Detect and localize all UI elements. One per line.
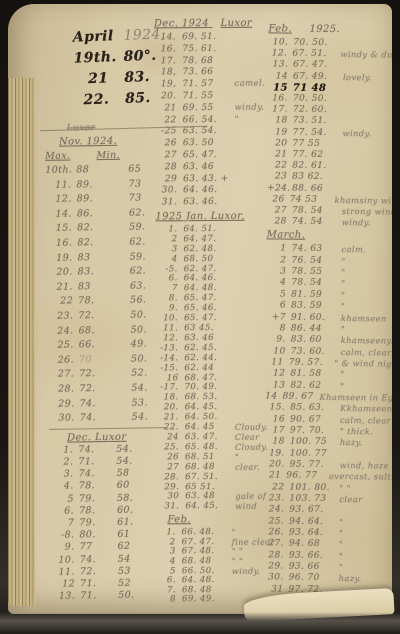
- weather-note: clear.: [229, 462, 260, 472]
- log-value: 6: [266, 301, 291, 313]
- log-value: 70: [79, 353, 109, 368]
- log-value: 79. 57.: [289, 357, 329, 369]
- dec-1924-month: Dec. 1924: [154, 18, 209, 29]
- weather-note: clear: [333, 494, 362, 506]
- log-value: 100. 77: [290, 448, 334, 460]
- log-value: 2: [155, 235, 183, 245]
- weather-note: khamsiny wind: [329, 195, 392, 207]
- log-value: 59.: [107, 221, 146, 236]
- log-value: 71.: [80, 590, 108, 603]
- log-value: 27: [267, 205, 292, 216]
- weather-note: lovely.: [337, 72, 372, 84]
- log-value: 76. 54: [291, 255, 335, 267]
- notebook-photo: April 1924, 19th.80°.2183.22.85. Luxor N…: [0, 0, 400, 634]
- log-value: 26: [267, 194, 290, 205]
- log-value: 12: [265, 369, 290, 381]
- weather-note: ": [333, 528, 343, 539]
- weather-note: ": [335, 278, 345, 289]
- log-value: 54.: [106, 443, 132, 456]
- log-value: 64. 46.: [183, 185, 229, 197]
- log-value: 96. 70: [289, 573, 333, 585]
- log-value: 93. 67.: [289, 505, 333, 517]
- log-value: 86.: [77, 207, 107, 222]
- log-value: 64. 45.: [185, 502, 229, 512]
- feb-1925-year: 1925.: [295, 24, 340, 35]
- dec-divider: Dec. Luxor: [49, 427, 167, 445]
- log-value: 66. 54.: [183, 114, 229, 126]
- log-value: 82.: [77, 236, 107, 251]
- log-value: 8: [266, 323, 291, 335]
- log-value: 100. 75: [290, 437, 334, 449]
- log-value: 62: [108, 541, 131, 554]
- log-value: 9.: [266, 335, 291, 347]
- log-value: 27.: [48, 368, 79, 383]
- log-value: 89.: [76, 178, 106, 193]
- log-value: 74. 63: [291, 244, 335, 256]
- weather-note: hazy.: [333, 573, 362, 585]
- weather-note: ": [333, 551, 343, 562]
- log-value: 83.: [108, 67, 150, 89]
- log-row: 16.75. 61.: [154, 43, 274, 56]
- log-row: 19th.80°.: [73, 45, 166, 69]
- jan-1925-header: 1925 Jan. Luxor.: [155, 209, 275, 226]
- log-value: 95. 77.: [290, 460, 334, 472]
- log-value: 72.: [79, 367, 109, 382]
- log-value: 66.: [79, 338, 109, 353]
- log-value: 27.: [264, 539, 289, 551]
- log-value: -8.: [50, 530, 79, 543]
- log-value: 60.: [107, 504, 133, 517]
- dec-jan-feb-log: Dec. 1924 Luxor 14.69. 51.16.75. 61.17.7…: [154, 16, 278, 606]
- log-value: 74.: [78, 468, 106, 481]
- log-row: 19,71. 57camel.: [154, 79, 274, 92]
- log-value: 19.: [46, 251, 77, 266]
- log-value: 68.: [78, 324, 108, 339]
- log-value: 13.: [268, 60, 293, 71]
- log-value: 8: [158, 596, 182, 606]
- log-value: 5: [50, 493, 79, 506]
- log-value: 85. 63.: [290, 403, 334, 415]
- log-value: 61.: [107, 517, 133, 530]
- log-value: 4: [266, 278, 291, 290]
- log-value: 77. 62: [292, 150, 336, 162]
- log-value: 54.: [106, 456, 132, 469]
- log-row: 20.83.62.: [47, 264, 165, 280]
- log-value: 28.: [48, 382, 79, 397]
- log-row: 24.68.50.: [47, 323, 165, 339]
- weather-note: Khamseen in Egypt.: [313, 392, 392, 404]
- log-value: 18,: [154, 68, 182, 80]
- log-value: 93. 66: [289, 562, 333, 574]
- log-value: 62.: [107, 206, 146, 221]
- log-value: 71.: [78, 456, 106, 469]
- log-value: 97. 70.: [290, 426, 334, 438]
- log-value: 23.: [47, 309, 78, 324]
- log-row: 12.89.73: [46, 191, 164, 207]
- log-value: 50.: [108, 323, 147, 338]
- log-value: 89.: [77, 192, 107, 207]
- feb-1925-header: Feb. 1925.: [268, 21, 392, 38]
- log-value: 85.: [109, 88, 151, 110]
- log-value: 73. 60.: [291, 346, 335, 358]
- weather-note: ": [334, 381, 344, 392]
- weather-note: wind, haze: [334, 460, 389, 472]
- log-value: 14.: [154, 32, 182, 44]
- log-value: 63. 43. +: [183, 173, 229, 185]
- log-value: 13.: [51, 591, 80, 604]
- maxmin-header: Max. Min.: [45, 147, 163, 164]
- log-value: 24.: [47, 324, 78, 339]
- log-value: 72.: [79, 382, 109, 397]
- log-value: 53: [108, 565, 131, 578]
- log-value: 63. 50: [183, 138, 229, 150]
- jan-1925-rows: 1.64. 51.264. 47.362. 48.468. 50-5.62. 4…: [155, 225, 277, 513]
- log-value: 77. 54.: [292, 127, 336, 139]
- log-value: 19th.: [73, 47, 108, 69]
- log-value: 70. 50.: [293, 94, 337, 106]
- log-value: 65: [106, 163, 141, 178]
- log-value: 13: [265, 380, 290, 392]
- log-value: 50.: [108, 308, 147, 323]
- log-value: 28: [155, 162, 183, 174]
- log-value: 71.: [80, 578, 108, 591]
- log-value: 22: [47, 295, 78, 310]
- log-value: 12: [51, 578, 80, 591]
- log-value: 16.: [268, 93, 293, 104]
- log-value: 18: [268, 116, 293, 127]
- log-value: 1.: [155, 225, 183, 235]
- log-value: 63. 46: [183, 162, 229, 174]
- log-value: 10: [266, 346, 291, 358]
- log-value: 75. 61.: [182, 44, 228, 56]
- weather-note: windy.: [226, 566, 261, 576]
- log-value: 72. 60.: [293, 105, 337, 117]
- log-value: 52: [108, 578, 131, 591]
- log-value: 88. 66: [292, 183, 336, 195]
- log-value: 20.: [47, 266, 78, 281]
- log-value: 28: [267, 217, 292, 228]
- log-value: 17.: [154, 56, 182, 68]
- log-value: 21.: [47, 280, 78, 295]
- log-value: 72.: [80, 566, 108, 579]
- log-row: 2278.56.: [47, 294, 165, 310]
- dec-1924-header: Dec. 1924 Luxor: [154, 16, 274, 33]
- log-value: 83. 60: [291, 335, 335, 347]
- log-value: 3.: [49, 469, 78, 482]
- weather-note: " thick.: [334, 426, 373, 438]
- log-value: 67. 49.: [293, 71, 337, 83]
- log-value: 14: [268, 71, 293, 82]
- log-row: 14.86.62.: [46, 206, 164, 222]
- log-value: 20.: [154, 91, 182, 103]
- dec-rows: 1.74.54.2.71.54.3.74.584.78.60579.58.6.7…: [49, 443, 169, 603]
- weather-note: calm.: [335, 244, 366, 256]
- log-value: -25: [155, 127, 183, 139]
- log-value: 12.: [46, 193, 77, 208]
- dec-1924-rows: 14.69. 51.16.75. 61.17.78. 6818,73. 6619…: [154, 32, 275, 210]
- log-value: 63. 46.: [183, 197, 229, 209]
- log-value: +7: [266, 312, 291, 324]
- max-column-label: Max.: [45, 148, 71, 163]
- log-value: 78.: [79, 505, 107, 518]
- weather-note: ": [333, 539, 343, 550]
- log-value: 73: [106, 177, 141, 192]
- log-value: 16: [265, 414, 290, 426]
- log-value: 17.: [268, 105, 293, 116]
- log-value: 16.: [154, 44, 182, 56]
- weather-note: " ": [333, 483, 351, 494]
- log-value: 94. 68: [289, 539, 333, 551]
- dec-1924-place: Luxor: [213, 18, 253, 29]
- min-column-label: Min.: [96, 148, 120, 163]
- weather-note: overcast, sultry: [323, 471, 392, 483]
- log-row: 14.69. 51.: [154, 32, 274, 45]
- log-row: 25.66.49.: [48, 337, 166, 353]
- march-rows: 174. 63calm.276. 54"378. 55"478. 54"581.…: [263, 244, 392, 597]
- log-value: 19: [267, 127, 292, 138]
- log-value: 93. 64.: [289, 528, 333, 540]
- log-value: 6.: [50, 505, 79, 518]
- log-row: 17.78. 68: [154, 55, 274, 68]
- log-value: 62.: [107, 235, 146, 250]
- log-value: 83: [77, 251, 107, 266]
- log-value: 49.: [109, 338, 148, 353]
- weather-note: windy.: [336, 128, 371, 140]
- log-value: 94. 64.: [289, 516, 333, 528]
- log-value: 1.: [49, 444, 78, 457]
- log-value: 73. 51.: [293, 116, 337, 128]
- log-value: 71 48: [293, 82, 337, 94]
- log-value: 29: [155, 174, 183, 186]
- weather-note: windy.: [336, 217, 371, 229]
- log-value: 61: [107, 529, 130, 542]
- log-value: 50.: [108, 590, 134, 603]
- log-value: 10.: [268, 37, 293, 48]
- notebook-page: April 1924, 19th.80°.2183.22.85. Luxor N…: [8, 4, 392, 614]
- log-value: 67. 51.: [292, 49, 334, 61]
- log-value: 56.: [108, 294, 147, 309]
- log-value: 79.: [79, 493, 107, 506]
- log-value: 11.: [45, 178, 76, 193]
- log-value: 83: [78, 280, 108, 295]
- log-value: 78. 54: [292, 206, 336, 218]
- weather-note: ": [335, 324, 345, 335]
- log-value: 12.: [268, 49, 292, 60]
- log-value: 31.: [155, 197, 183, 209]
- log-value: 19.: [265, 448, 290, 460]
- log-value: 79.: [79, 517, 107, 530]
- log-value: 10th.: [45, 163, 76, 178]
- weather-note: Kkhamseen ": [334, 403, 392, 415]
- log-value: 63.: [108, 279, 147, 294]
- feb-1925-rows: 10.70. 50.12.67. 51.windy & dust.13.67. …: [267, 37, 392, 229]
- weather-note: ": [335, 256, 345, 267]
- weather-note: ": [334, 369, 344, 380]
- log-value: 54: [108, 553, 131, 566]
- log-value: 78. 54: [291, 278, 335, 290]
- weather-note: " & wind night: [328, 358, 392, 370]
- log-value: 77: [80, 541, 108, 554]
- log-row: 26.7050.: [48, 352, 166, 368]
- log-value: 53.: [109, 396, 148, 411]
- log-value: 54.: [110, 411, 149, 426]
- log-row: 21.8363.: [47, 279, 165, 295]
- log-value: 73: [107, 192, 142, 207]
- log-value: 29.: [48, 397, 79, 412]
- log-value: 74 53: [290, 194, 329, 206]
- log-value: 26.: [48, 353, 79, 368]
- log-value: 22.: [75, 89, 110, 111]
- log-row: 10th.8865: [45, 162, 163, 178]
- log-value: 3: [156, 245, 184, 255]
- log-value: 15.: [265, 403, 290, 415]
- log-value: 11: [265, 357, 288, 369]
- log-row: 29.74.53.: [48, 396, 166, 412]
- log-value: 62.: [108, 265, 147, 280]
- log-value: 58: [106, 468, 129, 481]
- log-row: 28.72.54.: [48, 381, 166, 397]
- log-value: 86. 44: [291, 323, 335, 335]
- log-value: 74.: [80, 411, 110, 426]
- log-value: 10.: [51, 554, 80, 567]
- log-row: 30.74.54.: [49, 410, 167, 426]
- log-value: 25.: [48, 339, 79, 354]
- log-value: 58.: [107, 492, 133, 505]
- log-value: 93. 66.: [289, 550, 333, 562]
- log-value: 19,: [154, 79, 182, 91]
- log-value: 78.: [79, 480, 107, 493]
- log-value: 74.: [78, 444, 106, 457]
- weather-note: ": [335, 301, 345, 312]
- log-value: 15: [268, 82, 293, 93]
- weather-note: ": [335, 290, 345, 301]
- log-value: 28.: [264, 550, 289, 562]
- log-value: 22: [267, 161, 292, 172]
- log-value: 70. 50.: [293, 38, 337, 50]
- log-row: 2169. 55windy.: [155, 102, 275, 115]
- log-row: 27.72.52.: [48, 366, 166, 382]
- log-value: 4.: [50, 481, 79, 494]
- log-value: 3: [266, 267, 291, 279]
- log-value: 89. 67: [282, 391, 313, 403]
- weather-note: ": [335, 267, 345, 278]
- log-value: 69. 55: [183, 103, 229, 115]
- weather-note: calm, clear: [334, 415, 391, 427]
- log-value: 20: [267, 138, 292, 149]
- log-value: 74. 54: [292, 217, 336, 229]
- weather-note: windy & dust.: [334, 49, 392, 61]
- nov-rows: 10th.886511.89.7312.89.7314.86.62.15.82.…: [45, 162, 167, 426]
- log-value: 69. 51.: [182, 32, 228, 44]
- log-value: 25.: [264, 516, 289, 528]
- log-value: 30.: [49, 411, 80, 426]
- log-value: 67. 47.: [293, 60, 337, 72]
- feb-march-1925-log: Feb. 1925. 10.70. 50.12.67. 51.windy & d…: [263, 21, 392, 596]
- log-row: 23.72.50.: [47, 308, 165, 324]
- log-value: 2.: [49, 456, 78, 469]
- weather-note: calm, clear.: [335, 347, 392, 359]
- weather-note: ": [229, 114, 239, 126]
- log-value: 24.: [264, 505, 289, 517]
- log-value: 103. 73: [289, 494, 333, 506]
- log-value: 52.: [109, 367, 148, 382]
- log-value: 26.: [264, 527, 289, 539]
- log-value: 17: [265, 425, 290, 437]
- photo-bottom-shadow: [0, 612, 400, 634]
- log-value: 74.: [80, 554, 108, 567]
- log-value: 22: [155, 115, 183, 127]
- log-value: 71. 57: [182, 79, 228, 91]
- log-value: 15.: [46, 222, 77, 237]
- log-row: 19.8359.: [46, 250, 164, 266]
- log-value: 83 62.: [292, 172, 336, 184]
- log-value: 30.: [155, 186, 183, 198]
- log-value: 73. 66: [182, 67, 228, 79]
- nov-dec-1924-log: Luxor Nov. 1924. Max. Min. 10th.886511.8…: [45, 121, 170, 603]
- log-row: 18,73. 66: [154, 67, 274, 80]
- log-value: 96. 77: [286, 471, 323, 483]
- log-row: 13.71.50.: [51, 589, 169, 603]
- log-value: 80.: [79, 529, 107, 542]
- log-value: 82. 62: [290, 380, 334, 392]
- weather-note: ": [333, 517, 343, 528]
- log-value: 78. 68: [182, 56, 228, 68]
- log-value: 21: [155, 103, 183, 115]
- log-value: 63. 54.: [183, 126, 229, 138]
- log-value: 11.: [51, 566, 80, 579]
- weather-note: strong wind: [336, 206, 392, 218]
- weather-note: wind: [229, 502, 257, 512]
- log-value: 23: [267, 172, 292, 183]
- log-row: 15.82.59.: [46, 221, 164, 237]
- log-value: 1: [266, 244, 291, 256]
- weather-note: ": [333, 562, 343, 573]
- log-value: 81. 59: [291, 289, 335, 301]
- log-value: 81. 58: [290, 369, 334, 381]
- feb-header: Feb.: [157, 512, 277, 529]
- log-value: 21: [264, 471, 286, 483]
- log-value: 27: [155, 150, 183, 162]
- log-value: 26: [155, 138, 183, 150]
- log-value: 23.: [264, 493, 289, 505]
- log-value: 83. 59: [291, 301, 335, 313]
- log-value: 29.: [264, 561, 289, 573]
- log-row: 2663. 50: [155, 138, 275, 151]
- log-value: 7: [50, 517, 79, 530]
- log-value: 59.: [107, 250, 146, 265]
- log-row: 30.64. 46.: [155, 185, 275, 198]
- log-row: 2863. 46: [155, 161, 275, 174]
- log-row: 20.71. 55: [154, 91, 274, 104]
- march-header: March.: [267, 228, 392, 245]
- log-value: 74.: [79, 396, 109, 411]
- log-value: 18: [265, 437, 290, 449]
- april-title: April: [73, 26, 114, 48]
- log-value: 54.: [109, 381, 148, 396]
- log-row: -2563. 54.: [155, 126, 275, 139]
- log-value: 78.: [78, 294, 108, 309]
- log-value: 14.: [46, 207, 77, 222]
- log-value: 6.: [156, 275, 184, 285]
- log-value: 69. 49.: [182, 595, 226, 605]
- log-value: 16.: [46, 236, 77, 251]
- weather-note: windy.: [229, 102, 265, 114]
- log-row: 16.82.62.: [46, 235, 164, 251]
- weather-note: khamseen: [335, 313, 387, 325]
- log-row: 2963. 43. +: [155, 173, 275, 186]
- log-value: 20.: [265, 459, 290, 471]
- log-value: 22: [264, 482, 289, 494]
